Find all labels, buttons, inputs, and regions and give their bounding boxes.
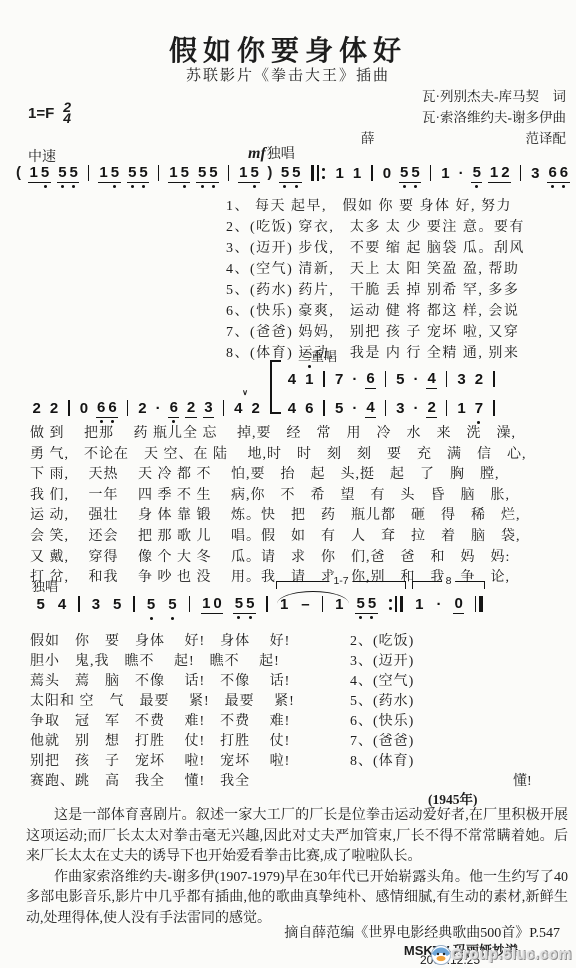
verse-line: 假如 你 要 身体 好! 身体 好! 2、(吃饭) <box>30 632 576 652</box>
volta-1-bracket: 1-7 <box>276 581 405 589</box>
film-description: 这是一部体育喜剧片。叙述一家大工厂的厂长是位拳击运动爱好者,在厂里积极开展这项运… <box>26 806 568 868</box>
translator-credit: 薛 范译配 <box>361 128 566 149</box>
notation-line-1: 1555155515551555110551·512366 <box>12 164 576 183</box>
verse-line: 1、 每天 起早, 假如 你 要 身体 好, 努力 <box>226 196 525 217</box>
verse-line: 他就 别 想 打胜 仗! 打胜 仗! 7、(爸爸) <box>30 732 576 752</box>
watermark-text: Group.5luc.com <box>451 946 572 963</box>
verse-block-1: 1、 每天 起早, 假如 你 要 身体 好, 努力2、(吃饭) 穿衣, 太多 太… <box>226 196 525 364</box>
verse-cue: 2、(吃饭) <box>350 632 414 652</box>
volta-1-measures: 1-7 1–155 <box>273 596 408 614</box>
verse-line: 3、(迈开) 步伐, 不要 缩 起 脑袋 瓜。刮风 <box>226 238 525 259</box>
dynamics-marking: mf独唱 <box>248 143 295 163</box>
verse-line: 别把 孩 子 宠坏 啦! 宠坏 啦! 8、(体育) <box>30 752 576 772</box>
notation-line-2: 220662·6234∨2 417·65·432 465·43·217 <box>28 360 500 418</box>
song-subtitle: 苏联影片《拳击大王》插曲 <box>0 64 576 85</box>
volta-1-label: 1-7 <box>329 575 352 587</box>
verse-line: 运 动, 强壮 身 体 靠 锻 炼。快 把 药 瓶儿都 砸 得 稀 烂, <box>30 506 527 527</box>
duet-voices: 417·65·432 465·43·217 <box>283 371 500 418</box>
verse-line: 蔫头 蔫 脑 不像 话! 不像 话! 4、(空气) <box>30 672 576 692</box>
lyric-text: 假如 你 要 身体 好! 身体 好! <box>30 632 350 652</box>
song-title: 假如你要身体好 <box>0 29 576 69</box>
solo-voice-label: 独唱 <box>267 147 295 162</box>
translator-surname: 薛 <box>361 128 375 149</box>
verse-cue: 3、(迈开) <box>350 652 414 672</box>
lyric-text: 胆小 鬼,我 瞧不 起! 瞧不 起! <box>30 652 350 672</box>
lyric-text: 蔫头 蔫 脑 不像 话! 不像 话! <box>30 672 350 692</box>
verse-cue: 8、(体育) <box>350 752 414 772</box>
verse-line: 争取 冠 军 不费 难! 不费 难! 6、(快乐) <box>30 712 576 732</box>
meter-denominator: 4 <box>63 113 71 124</box>
upper-voice-notes: 417·65·432 <box>283 371 500 389</box>
lyric-tail: 懂! <box>513 772 532 792</box>
lyric-text: 赛跑、跳 高 我全 懂! 我全 <box>30 772 350 792</box>
credits-block: 瓦·列别杰夫-库马契 词 瓦·索洛维约夫-谢多伊曲 薛 范译配 <box>361 86 566 149</box>
watermark: Group.5luc.com <box>429 942 572 966</box>
verse-line: 做 到 把那 药 瓶儿全 忘 掉,要 经 常 用 冷 水 来 洗 澡, <box>30 424 527 445</box>
main-voice-notes: 220662·6234∨2 <box>28 400 264 418</box>
composer-credit: 瓦·索洛维约夫-谢多伊曲 <box>361 107 566 128</box>
verse-line: 4、(空气) 清新, 天上 太 阳 笑盈 盈, 帮助 <box>226 259 525 280</box>
solo-label: 独唱 <box>32 576 58 595</box>
lyric-text: 太阳和 空 气 最要 紧! 最要 紧! <box>30 692 350 712</box>
lyric-text: 争取 冠 军 不费 难! 不费 难! <box>30 712 350 732</box>
verse-line: 会 笑, 还会 把 那 歌 儿 唱。假 如 有 人 耷 拉 着 脑 袋, <box>30 527 527 548</box>
verse-cue: 6、(快乐) <box>350 712 414 732</box>
verse-line: 7、(爸爸) 妈妈, 别把 孩 子 宠坏 啦, 又穿 <box>226 322 525 343</box>
dynamic-mf: mf <box>248 145 266 162</box>
final-phrase-notes: 5435551055 <box>30 596 273 614</box>
verse-line: 下 雨, 天热 天 冷 都 不 怕,要 抬 起 头,挺 起 了 胸 膛, <box>30 465 527 486</box>
volta-2-label: 8 <box>442 575 456 587</box>
verse-line: 5、(药水) 药片, 干脆 丢 掉 别希 罕, 多多 <box>226 280 525 301</box>
composer-bio: 作曲家索洛维约夫-谢多伊(1907-1979)早在30年代已开始崭露头角。他一生… <box>26 868 568 930</box>
verse-line: 胆小 鬼,我 瞧不 起! 瞧不 起! 3、(迈开) <box>30 652 576 672</box>
verse-line: 2、(吃饭) 穿衣, 太多 太 少 要注 意。要有 <box>226 217 525 238</box>
voice-bracket <box>270 360 281 414</box>
time-signature: 2 4 <box>63 102 71 124</box>
verse-line: 又 戴, 穿得 像 个 大 冬 瓜。请 求 你 们,爸 爸 和 妈 妈: <box>30 548 527 569</box>
verse-line: 勇 气, 不论在 天 空、在 陆 地,时 时 刻 刻 要 充 满 信 心, <box>30 445 527 466</box>
verse-block-2: 做 到 把那 药 瓶儿全 忘 掉,要 经 常 用 冷 水 来 洗 澡,勇 气, … <box>30 424 527 589</box>
lyricist-credit: 瓦·列别杰夫-库马契 词 <box>361 86 566 107</box>
lyric-text: 他就 别 想 打胜 仗! 打胜 仗! <box>30 732 350 752</box>
duck-icon <box>429 942 453 966</box>
volta-2-measures: 8 1·0 <box>409 596 489 614</box>
lyric-text: 别把 孩 子 宠坏 啦! 宠坏 啦! <box>30 752 350 772</box>
verse-line: 我 们, 一年 四 季 不 生 病,你 不 希 望 有 头 昏 脑 胀, <box>30 486 527 507</box>
source-citation: 摘自薛范编《世界电影经典歌曲500首》P.547 <box>284 922 560 942</box>
year-note: (1945年) <box>428 788 478 808</box>
verse-line: 6、(快乐) 豪爽, 运动 健 将 都这 样, 会说 <box>226 301 525 322</box>
verse-block-3: 假如 你 要 身体 好! 身体 好! 2、(吃饭) 胆小 鬼,我 瞧不 起! 瞧… <box>30 632 576 792</box>
tempo-marking: 中速 <box>28 146 56 166</box>
verse-cue: 4、(空气) <box>350 672 414 692</box>
verse-line: 赛跑、跳 高 我全 懂! 我全 懂! <box>30 772 576 792</box>
volta-2-bracket: 8 <box>412 581 486 589</box>
translator-role: 范译配 <box>526 128 567 149</box>
notation-line-3: 5435551055 1-7 1–155 8 1·0 <box>30 596 488 614</box>
verse-cue: 5、(药水) <box>350 692 414 712</box>
notes-section: 这是一部体育喜剧片。叙述一家大工厂的厂长是位拳击运动爱好者,在厂里积极开展这项运… <box>26 806 568 929</box>
key-label: 1=F <box>28 105 54 122</box>
key-signature: 1=F 2 4 <box>28 102 71 124</box>
verse-line: 太阳和 空 气 最要 紧! 最要 紧! 5、(药水) <box>30 692 576 712</box>
lower-voice-notes: 465·43·217 <box>283 400 500 418</box>
verse-cue: 7、(爸爸) <box>350 732 414 752</box>
